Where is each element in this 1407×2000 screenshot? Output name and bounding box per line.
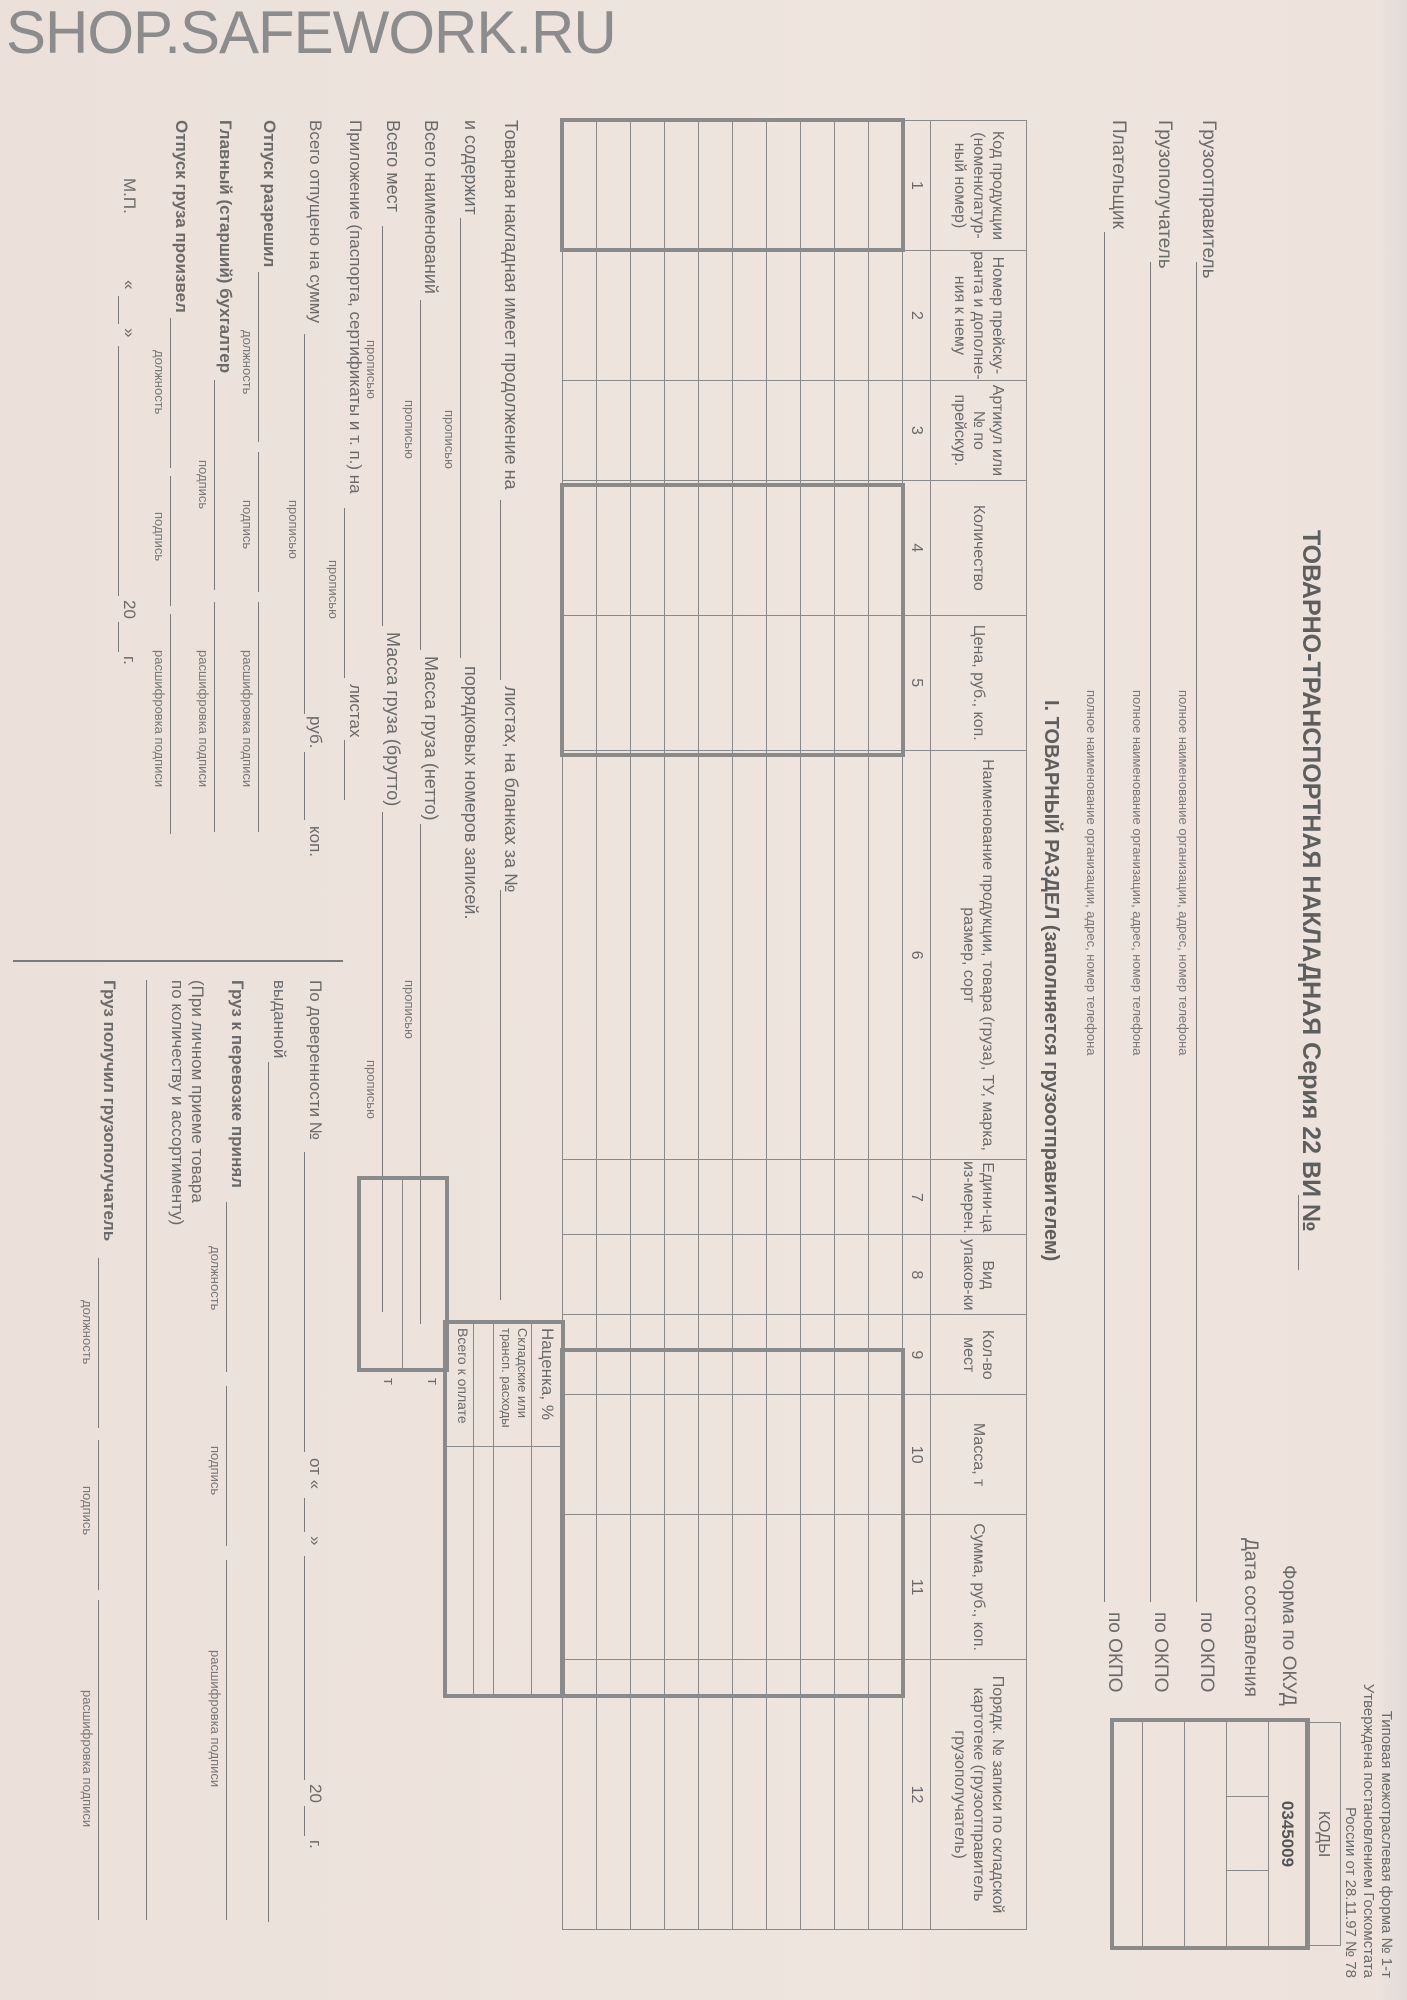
in-words-caption: прописью <box>364 340 379 399</box>
signature-caption: подпись <box>152 512 167 561</box>
position-caption: должность <box>80 1300 95 1364</box>
col-header: Сумма, руб., коп. <box>931 1515 1027 1660</box>
watermark: SHOP.SAFEWORK.RU <box>6 0 616 66</box>
personal-acceptance-note-1: (При личном приеме товара <box>187 980 207 1203</box>
accepted-position-field[interactable] <box>226 1202 227 1372</box>
table-cell[interactable] <box>767 250 801 380</box>
consignee-field[interactable] <box>1150 262 1151 1602</box>
table-cell[interactable] <box>767 380 801 480</box>
in-words-caption: прописью <box>402 400 417 459</box>
table-cell[interactable] <box>767 1235 801 1315</box>
in-words-caption: прописью <box>326 560 341 619</box>
chief-accountant-signature-field[interactable] <box>214 380 215 590</box>
release-year-field[interactable] <box>118 622 119 652</box>
mass-values-divider <box>402 1180 403 1368</box>
position-caption: должность <box>152 350 167 414</box>
signature-decode-caption: расшифровка подписи <box>196 650 211 787</box>
col-header: Наименование продукции, товара (груза), … <box>931 750 1027 1160</box>
totals-grid: Наценка, % Складские или трансп. расходы… <box>447 1324 561 1694</box>
table-cell[interactable] <box>563 380 597 480</box>
footer-divider <box>13 960 343 962</box>
net-ton-unit: т <box>424 1378 441 1385</box>
signature-caption: подпись <box>208 1446 223 1495</box>
release-allowed-label: Отпуск разрешил <box>259 120 279 267</box>
in-words-caption: прописью <box>364 1060 379 1119</box>
personal-acceptance-field[interactable] <box>146 980 147 1920</box>
table-cell[interactable] <box>563 250 597 380</box>
table-cell[interactable] <box>563 1660 597 1930</box>
table-cell[interactable] <box>767 750 801 1160</box>
stamp-label: М.П. <box>119 178 139 214</box>
table-cell[interactable] <box>733 1160 767 1235</box>
released-sum-field[interactable] <box>304 334 305 714</box>
proxy-label: По доверенности № <box>305 980 325 1140</box>
total-items-label: Всего наименований <box>420 120 441 294</box>
col-header: Едини-ца из-мерен. <box>931 1160 1027 1235</box>
okpo-label-1: по ОКПО <box>1195 1612 1217 1692</box>
release-day-field[interactable] <box>118 296 119 324</box>
okpo-payer-cell[interactable] <box>1113 1722 1143 1946</box>
issued-to-field[interactable] <box>268 1062 269 1922</box>
okpo-label-2: по ОКПО <box>1149 1612 1171 1692</box>
col-number: 12 <box>903 1660 931 1930</box>
signature-caption: подпись <box>240 500 255 549</box>
personal-acceptance-note-2: по количеству и ассортименту) <box>167 980 187 1225</box>
total-to-pay-value[interactable] <box>447 1448 472 1694</box>
table-cell[interactable] <box>801 1660 835 1930</box>
codes-table: КОДЫ <box>1305 1722 1341 1946</box>
table-cell[interactable] <box>869 1235 903 1315</box>
payer-field[interactable] <box>1104 232 1105 1602</box>
position-caption: должность <box>240 330 255 394</box>
table-cell[interactable] <box>835 1160 869 1235</box>
table-cell[interactable] <box>597 380 631 480</box>
shipper-field[interactable] <box>1196 262 1197 1602</box>
date-close-quote: » <box>119 328 139 337</box>
col-number: 10 <box>903 1395 931 1515</box>
col-header: Порядк. № записи по складской картотеке … <box>931 1660 1027 1930</box>
table-cell[interactable] <box>801 750 835 1160</box>
table-cell[interactable] <box>733 1660 767 1930</box>
col-number: 4 <box>903 480 931 615</box>
okud-code: 0345009 <box>1268 1722 1306 1946</box>
col-number: 2 <box>903 250 931 380</box>
table-cell[interactable] <box>699 750 733 1160</box>
signature-decode-caption: расшифровка подписи <box>152 650 167 787</box>
table-cell[interactable] <box>665 1160 699 1235</box>
col-header: Код продукции (номенклатур-ный номер) <box>931 121 1027 251</box>
proxy-from-label: от « <box>305 1458 325 1489</box>
table-cell[interactable] <box>597 1160 631 1235</box>
table-cell[interactable] <box>665 1235 699 1315</box>
signature-decode-caption: расшифровка подписи <box>240 650 255 787</box>
emphasis-box-qty-price <box>560 483 905 757</box>
gross-ton-unit: т <box>380 1378 397 1385</box>
release-allowed-signature-field[interactable] <box>258 452 259 592</box>
contains-label: и содержит <box>460 120 481 215</box>
okpo-consignee-cell[interactable] <box>1142 1722 1185 1946</box>
waybill-form: Типовая межотраслевая форма № 1-т Утверж… <box>0 0 1407 2000</box>
table-cell[interactable] <box>733 250 767 380</box>
section-title: I. ТОВАРНЫЙ РАЗДЕЛ (заполняется грузоотп… <box>1039 700 1062 1261</box>
table-cell[interactable] <box>563 750 597 1160</box>
table-cell[interactable] <box>801 1160 835 1235</box>
in-words-caption: прописью <box>402 980 417 1039</box>
col-header: Номер прейску-ранта и дополне-ния к нему <box>931 250 1027 380</box>
col-number: 7 <box>903 1160 931 1235</box>
sheets-forms-label: листах, на бланках за № <box>500 686 521 892</box>
proxy-year-field[interactable] <box>304 1806 305 1836</box>
total-items-field[interactable] <box>420 300 421 650</box>
table-cell[interactable] <box>699 250 733 380</box>
table-cell[interactable] <box>597 250 631 380</box>
table-cell[interactable] <box>869 750 903 1160</box>
chief-accountant-label: Главный (старший) бухгалтер <box>215 120 235 373</box>
date-open-quote: « <box>119 280 139 289</box>
table-cell[interactable] <box>665 1660 699 1930</box>
signature-caption: подпись <box>80 1486 95 1535</box>
table-cell[interactable] <box>869 250 903 380</box>
total-to-pay-label: Всего к оплате <box>455 1328 471 1424</box>
table-cell[interactable] <box>801 380 835 480</box>
continuation-label: Товарная накладная имеет продолжение на <box>500 120 521 490</box>
continuation-sheets-field[interactable] <box>500 500 501 680</box>
table-cell[interactable] <box>597 750 631 1160</box>
received-signature-field[interactable] <box>98 1440 99 1590</box>
table-number-row: 1 2 3 4 5 6 7 8 9 10 11 12 <box>903 121 931 1930</box>
col-header: Цена, руб., коп. <box>931 615 1027 750</box>
in-words-caption: прописью <box>286 500 301 559</box>
accepted-signature-field[interactable] <box>226 1386 227 1546</box>
storage-costs-label: Складские или трансп. расходы <box>498 1328 530 1446</box>
series-number-field[interactable] <box>1298 1195 1299 1270</box>
accepted-transport-label: Груз к перевозке принял <box>227 980 247 1188</box>
proxy-number-field[interactable] <box>304 1152 305 1452</box>
signature-decode-caption: расшифровка подписи <box>80 1690 95 1827</box>
table-cell[interactable] <box>597 1660 631 1930</box>
col-number: 5 <box>903 615 931 750</box>
table-cell[interactable] <box>733 750 767 1160</box>
sheets-label: листах <box>345 684 365 737</box>
form-note-3: России от 28.11.97 № 78 <box>1342 1807 1359 1978</box>
consignee-label: Грузополучатель <box>1153 120 1175 269</box>
proxy-year-prefix: 20 <box>305 1784 325 1803</box>
proxy-day-field[interactable] <box>304 1498 305 1532</box>
table-cell[interactable] <box>631 1235 665 1315</box>
col-header: Количество <box>931 480 1027 615</box>
release-done-label: Отпуск груза произвел <box>171 120 191 313</box>
payer-label: Плательщик <box>1107 120 1129 229</box>
form-note-1: Типовая межотраслевая форма № 1-т <box>1378 1711 1395 1978</box>
total-places-label: Всего мест <box>382 120 403 212</box>
proxy-month-field[interactable] <box>304 1556 305 1780</box>
received-position-field[interactable] <box>98 1258 99 1428</box>
contains-field[interactable] <box>460 218 461 658</box>
table-cell[interactable] <box>563 1235 597 1315</box>
received-decode-field[interactable] <box>98 1600 99 1920</box>
accepted-decode-field[interactable] <box>226 1560 227 1920</box>
table-cell[interactable] <box>699 1235 733 1315</box>
table-cell[interactable] <box>869 380 903 480</box>
signature-decode-caption: расшифровка подписи <box>208 1650 223 1787</box>
forms-number-field[interactable] <box>500 890 501 1300</box>
table-cell[interactable] <box>767 1160 801 1235</box>
table-cell[interactable] <box>699 1160 733 1235</box>
mass-values-box <box>357 1176 449 1372</box>
payer-caption: полное наименование организации, адрес, … <box>1084 690 1099 1056</box>
released-sum-label: Всего отпущено на сумму <box>305 120 325 323</box>
position-caption: должность <box>208 1246 223 1310</box>
total-places-field[interactable] <box>382 226 383 626</box>
table-cell[interactable] <box>767 1660 801 1930</box>
col-header: Масса, т <box>931 1395 1027 1515</box>
release-done-position-field[interactable] <box>170 318 171 468</box>
release-month-field[interactable] <box>118 346 119 596</box>
table-cell[interactable] <box>869 1160 903 1235</box>
table-cell[interactable] <box>835 250 869 380</box>
in-words-caption: прописью <box>442 410 457 469</box>
col-number: 11 <box>903 1515 931 1660</box>
release-done-signature-field[interactable] <box>170 476 171 606</box>
received-by-consignee-label: Груз получил грузополучатель <box>99 980 119 1241</box>
page-title: ТОВАРНО-ТРАНСПОРТНАЯ НАКЛАДНАЯ Серия 22 … <box>1296 530 1325 1232</box>
table-header-row: Код продукции (номенклатур-ный номер) Но… <box>931 121 1027 1930</box>
table-cell[interactable] <box>835 1235 869 1315</box>
table-cell[interactable] <box>665 750 699 1160</box>
table-cell[interactable] <box>631 250 665 380</box>
attachment-label: Приложение (паспорта, сертификаты и т. п… <box>345 120 365 494</box>
markup-label: Наценка, % <box>537 1328 557 1420</box>
release-allowed-decode-field[interactable] <box>258 602 259 832</box>
proxy-date-close-quote: » <box>305 1536 325 1545</box>
emphasis-box-code <box>560 118 905 252</box>
date-label: Дата составления <box>1239 1538 1261 1697</box>
table-cell[interactable] <box>665 250 699 380</box>
table-cell[interactable] <box>631 1660 665 1930</box>
okpo-shipper-cell[interactable] <box>1184 1722 1227 1946</box>
table-cell[interactable] <box>563 1160 597 1235</box>
year-suffix: г. <box>119 656 139 665</box>
shipper-label: Грузоотправитель <box>1197 120 1219 279</box>
release-done-decode-field[interactable] <box>170 614 171 834</box>
okud-label: Форма по ОКУД <box>1277 1565 1299 1706</box>
net-mass-label: Масса груза (нетто) <box>420 656 441 821</box>
col-number: 8 <box>903 1235 931 1315</box>
serial-numbers-label: порядковых номеров записей. <box>460 666 481 919</box>
shipper-caption: полное наименование организации, адрес, … <box>1176 690 1191 1056</box>
table-cell[interactable] <box>631 1160 665 1235</box>
date-code-cell[interactable] <box>1226 1722 1269 1946</box>
kop-label: коп. <box>305 826 325 857</box>
table-cell[interactable] <box>835 750 869 1160</box>
release-allowed-position-field[interactable] <box>258 272 259 442</box>
col-number: 1 <box>903 121 931 251</box>
table-cell[interactable] <box>631 750 665 1160</box>
gross-mass-label: Масса груза (брутто) <box>382 632 403 806</box>
chief-accountant-decode-field[interactable] <box>214 602 215 832</box>
sheets-extra-field[interactable] <box>344 740 345 800</box>
table-cell[interactable] <box>665 380 699 480</box>
col-header: Артикул или № по прейскур. <box>931 380 1027 480</box>
table-cell[interactable] <box>801 250 835 380</box>
kop-field[interactable] <box>304 752 305 820</box>
markup-value[interactable] <box>532 1448 561 1694</box>
col-number: 9 <box>903 1315 931 1395</box>
table-cell[interactable] <box>699 380 733 480</box>
okpo-label-3: по ОКПО <box>1103 1612 1125 1692</box>
consignee-caption: полное наименование организации, адрес, … <box>1130 690 1145 1056</box>
issued-label: выданной <box>269 980 289 1058</box>
form-note-2: Утверждена постановлением Госкомстата <box>1360 1684 1377 1978</box>
codes-header: КОДЫ <box>1306 1723 1341 1946</box>
signature-caption: подпись <box>196 460 211 509</box>
year-prefix: 20 <box>119 600 139 619</box>
table-cell[interactable] <box>835 1660 869 1930</box>
table-cell[interactable] <box>631 380 665 480</box>
rub-label: руб. <box>305 716 325 748</box>
table-cell[interactable] <box>835 380 869 480</box>
col-header: Вид упаков-ки <box>931 1235 1027 1315</box>
table-cell[interactable] <box>869 1660 903 1930</box>
table-cell[interactable] <box>597 1235 631 1315</box>
table-cell[interactable] <box>733 1235 767 1315</box>
col-number: 3 <box>903 380 931 480</box>
attachment-field[interactable] <box>344 508 345 678</box>
proxy-year-suffix: г. <box>305 1840 325 1849</box>
emphasis-box-places-mass-sum <box>560 1348 905 1698</box>
table-cell[interactable] <box>801 1235 835 1315</box>
col-number: 6 <box>903 750 931 1160</box>
table-cell[interactable] <box>699 1660 733 1930</box>
col-header: Кол-во мест <box>931 1315 1027 1395</box>
table-cell[interactable] <box>733 380 767 480</box>
